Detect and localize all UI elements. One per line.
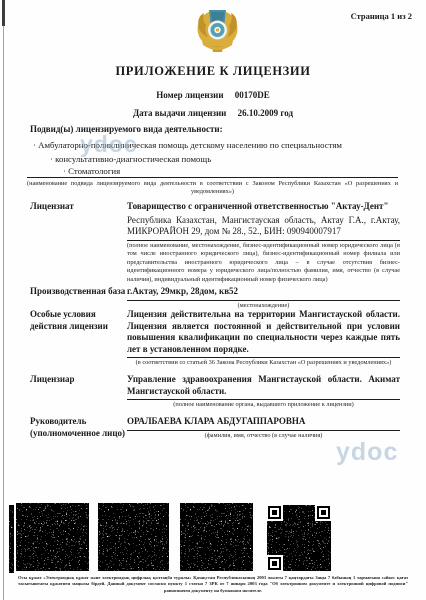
qr-finder-top-left: [267, 505, 283, 521]
scan-edge-artifact: [2, 0, 5, 26]
special-conditions-value: Лицензия действительна на территории Ман…: [127, 309, 400, 368]
qr-code-icon: [267, 505, 331, 571]
legal-footer: Осы құжат «Электрондық құжат және электр…: [18, 575, 408, 594]
production-base-underline: [127, 300, 400, 301]
datamatrix-code-icon: [98, 503, 169, 571]
licensor-name: Управление здравоохранения Мангистауской…: [127, 374, 400, 397]
license-appendix-page: Страница 1 из 2 ПРИЛОЖЕНИЕ К ЛИЦЕНЗИИ Но…: [0, 0, 426, 600]
special-conditions-underline: [127, 357, 400, 358]
kazakhstan-emblem-icon: [194, 7, 241, 53]
head-value: ОРАЛБАЕВА КЛАРА АБДУГАППАРОВНА (фамилия,…: [127, 416, 400, 440]
production-base-value: г.Актау, 29мкр, 28дом, кв52 (местонахожд…: [127, 286, 400, 310]
qr-finder-top-right: [315, 505, 331, 521]
production-base-address: г.Актау, 29мкр, 28дом, кв52: [127, 286, 400, 298]
licensee-label: Лицензиат: [30, 201, 130, 213]
license-date-label: Дата выдачи лицензии: [133, 108, 226, 118]
license-number-label: Номер лицензии: [156, 90, 223, 100]
license-date-value: 26.10.2009 год: [238, 108, 293, 118]
special-conditions-label: Особые условия действия лицензии: [30, 309, 130, 332]
licensee-caption: (полное наименование, местонахождение, б…: [127, 242, 400, 285]
head-label: Руководитель (уполномоченное лицо): [30, 416, 130, 439]
edge-barcode-strip: [9, 505, 14, 573]
licensor-label: Лицензиар: [30, 374, 130, 386]
licensee-name: Товарищество с ограниченной ответственно…: [127, 201, 400, 213]
licensee-underline: [127, 240, 400, 241]
datamatrix-code-icon: [180, 503, 253, 571]
ydoc-watermark: ydoc: [336, 438, 398, 467]
special-conditions-caption: (в соответствии со статьей 36 Закона Рес…: [127, 359, 400, 368]
page-indicator: Страница 1 из 2: [292, 11, 412, 21]
license-date-row: Дата выдачи лицензии 26.10.2009 год: [0, 108, 426, 118]
production-base-label: Производственная база: [30, 286, 130, 298]
licensor-underline: [127, 399, 400, 400]
licensor-caption: (полное наименование органа, выдавшего п…: [127, 401, 400, 410]
licensor-value: Управление здравоохранения Мангистауской…: [127, 374, 400, 410]
subtypes-underline: [27, 177, 398, 178]
datamatrix-code-icon: [16, 503, 89, 571]
license-number-row: Номер лицензии 00170DE: [0, 90, 426, 100]
special-conditions-text: Лицензия действительна на территории Ман…: [127, 309, 400, 355]
licensee-address: Республика Казахстан, Мангистауская обла…: [127, 215, 400, 238]
licensee-value: Товарищество с ограниченной ответственно…: [127, 201, 400, 284]
ydoc-watermark: ydoc: [80, 131, 138, 158]
license-number-value: 00170DE: [235, 90, 270, 100]
head-name: ОРАЛБАЕВА КЛАРА АБДУГАППАРОВНА: [127, 416, 400, 428]
subtypes-caption: (наименование подвида лицензируемого вид…: [27, 180, 398, 196]
head-underline: [127, 430, 400, 431]
qr-finder-bottom-left: [267, 555, 283, 571]
document-title: ПРИЛОЖЕНИЕ К ЛИЦЕНЗИИ: [0, 64, 426, 79]
subtype-item: · Стоматология: [63, 166, 120, 176]
